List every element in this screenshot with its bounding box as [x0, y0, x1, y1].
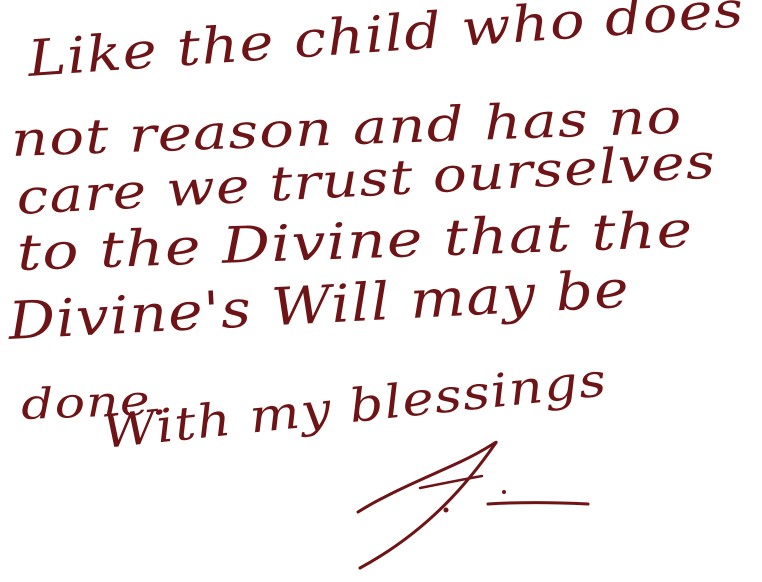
note-line-1: Like the child who does [26, 0, 746, 88]
signature: J. [350, 440, 610, 570]
handwritten-note: Like the child who does not reason and h… [0, 0, 762, 582]
signature-stroke-icon [350, 440, 610, 570]
